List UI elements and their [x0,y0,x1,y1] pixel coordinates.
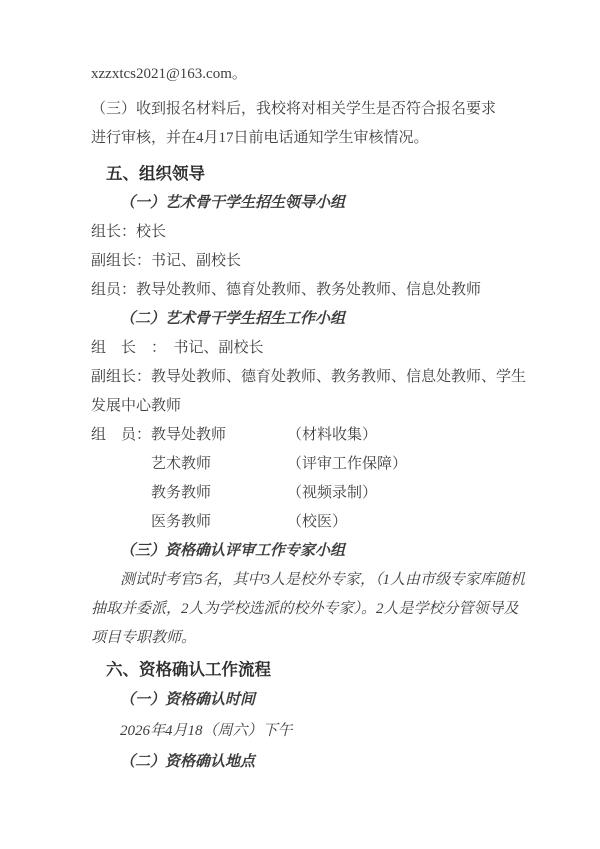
confirmation-time: 2026年4月18（周六）下午 [91,716,515,747]
member-row: 组 员： 教导处教师 （材料收集） [91,421,515,450]
leading-group-members: 组员：教导处教师、德育处教师、教务处教师、信息处教师 [91,276,515,305]
member-role-label [91,508,151,537]
section-6-heading: 六、资格确认工作流程 [91,656,515,685]
section-6-sub-1-heading: （一）资格确认时间 [91,685,515,716]
section-6-sub-2-heading: （二）资格确认地点 [91,747,515,778]
expert-group-body-line-1: 测试时考官5名，其中3人是校外专家，（1人由市级专家库随机 [91,566,515,595]
member-row: 艺术教师 （评审工作保障） [91,450,515,479]
expert-group-body-line-3: 项目专职教师。 [91,624,515,653]
member-row: 医务教师 （校医） [91,508,515,537]
paragraph-review-line-1: （三）收到报名材料后，我校将对相关学生是否符合报名要求 [91,95,515,124]
member-role: 医务教师 [151,508,287,537]
section-5-sub-1-heading: （一）艺术骨干学生招生领导小组 [91,189,515,218]
member-duty: （校医） [287,508,515,537]
member-duty: （评审工作保障） [287,450,515,479]
leading-group-deputy: 副组长：书记、副校长 [91,247,515,276]
section-5-sub-2-heading: （二）艺术骨干学生招生工作小组 [91,305,515,334]
member-role: 艺术教师 [151,450,287,479]
member-role: 教务教师 [151,479,287,508]
document-page: xzzxtcs2021@163.com。 （三）收到报名材料后，我校将对相关学生… [0,0,600,849]
work-group-leader: 组 长 ： 书记、副校长 [91,334,515,363]
expert-group-body-line-2: 抽取并委派，2人为学校选派的校外专家）。2人是学校分管领导及 [91,595,515,624]
leading-group-leader: 组长：校长 [91,218,515,247]
email-line: xzzxtcs2021@163.com。 [91,60,515,89]
member-role-label [91,450,151,479]
document-content: xzzxtcs2021@163.com。 （三）收到报名材料后，我校将对相关学生… [91,60,515,778]
paragraph-review-line-2: 进行审核，并在4月17日前电话通知学生审核情况。 [91,124,515,153]
member-duty: （视频录制） [287,479,515,508]
member-duty: （材料收集） [287,421,515,450]
section-5-sub-3-heading: （三）资格确认评审工作专家小组 [91,537,515,566]
work-group-deputy-line-1: 副组长：教导处教师、德育处教师、教务教师、信息处教师、学生 [91,363,515,392]
member-row: 教务教师 （视频录制） [91,479,515,508]
member-role-label: 组 员： [91,421,151,450]
member-role: 教导处教师 [151,421,287,450]
section-5-heading: 五、组织领导 [91,160,515,189]
member-role-label [91,479,151,508]
work-group-deputy-line-2: 发展中心教师 [91,392,515,421]
